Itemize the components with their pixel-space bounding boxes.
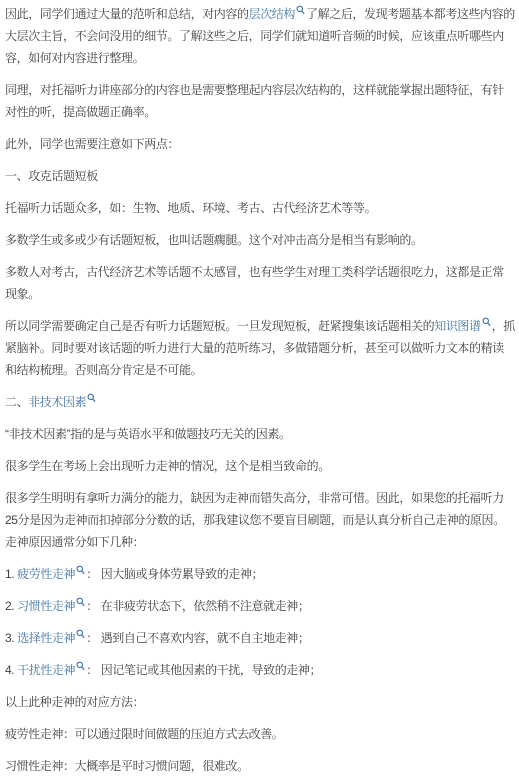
search-icon[interactable] — [482, 317, 491, 327]
search-icon[interactable] — [76, 629, 85, 639]
list-item-3: 3. 选择性走神： 遇到自己不喜欢内容，就不自主地走神； — [5, 627, 515, 649]
text-run: ： 因记笔记或其他因素的干扰，导致的走神； — [86, 663, 321, 677]
inline-link[interactable]: 干扰性走神 — [17, 663, 86, 677]
list-item-4: 4. 干扰性走神： 因记笔记或其他因素的干扰，导致的走神； — [5, 659, 515, 681]
paragraph: 多数学生或多或少有话题短板，也叫话题瘸腿。这个对冲击高分是相当有影响的。 — [5, 229, 515, 251]
paragraph: 此外，同学也需要注意如下两点： — [5, 133, 515, 155]
section-heading-1: 一、攻克话题短板 — [5, 165, 515, 187]
text-run: 因此，同学们通过大量的范听和总结，对内容的 — [5, 7, 249, 21]
search-icon[interactable] — [87, 393, 96, 403]
paragraph: 疲劳性走神：可以通过限时间做题的压迫方式去改善。 — [5, 723, 515, 745]
search-icon[interactable] — [76, 597, 85, 607]
text-run: 同理，对托福听力讲座部分的内容也是需要整理起内容层次结构的，这样就能掌握出题特征… — [5, 83, 504, 119]
paragraph: 同理，对托福听力讲座部分的内容也是需要整理起内容层次结构的，这样就能掌握出题特征… — [5, 79, 515, 123]
search-icon[interactable] — [76, 661, 85, 671]
paragraph: 很多学生在考场上会出现听力走神的情况，这个是相当致命的。 — [5, 455, 515, 477]
text-run: 3. — [5, 631, 17, 645]
text-run: ： 在非疲劳状态下，依然稍不注意就走神； — [86, 599, 309, 613]
text-run: 多数人对考古，古代经济艺术等话题不太感冒，也有些学生对理工类科学话题很吃力，这都… — [5, 265, 504, 301]
inline-link[interactable]: 习惯性走神 — [17, 599, 86, 613]
article-body: 因此，同学们通过大量的范听和总结，对内容的层次结构了解之后，发现考题基本都考这些… — [5, 3, 515, 777]
paragraph: “非技术因素”指的是与英语水平和做题技巧无关的因素。 — [5, 423, 515, 445]
text-run: 托福听力话题众多，如：生物、地质、环境、考古、古代经济艺术等等。 — [5, 201, 376, 215]
text-run: 1. — [5, 567, 17, 581]
text-run: 二、 — [5, 395, 28, 409]
inline-link[interactable]: 选择性走神 — [17, 631, 86, 645]
text-run: 此外，同学也需要注意如下两点： — [5, 137, 179, 151]
inline-link[interactable]: 疲劳性走神 — [17, 567, 86, 581]
text-run: 2. — [5, 599, 17, 613]
search-icon[interactable] — [76, 565, 85, 575]
text-run: 所以同学需要确定自己是否有听力话题短板。一旦发现短板，赶紧搜集该话题相关的 — [5, 319, 434, 333]
paragraph: 所以同学需要确定自己是否有听力话题短板。一旦发现短板，赶紧搜集该话题相关的知识图… — [5, 315, 515, 381]
list-item-1: 1. 疲劳性走神： 因大脑或身体劳累导致的走神； — [5, 563, 515, 585]
paragraph: 因此，同学们通过大量的范听和总结，对内容的层次结构了解之后，发现考题基本都考这些… — [5, 3, 515, 69]
text-run: 习惯性走神：大概率是平时习惯问题，很难改。 — [5, 759, 249, 773]
paragraph: 托福听力话题众多，如：生物、地质、环境、考古、古代经济艺术等等。 — [5, 197, 515, 219]
text-run: 多数学生或多或少有话题短板，也叫话题瘸腿。这个对冲击高分是相当有影响的。 — [5, 233, 423, 247]
text-run: 4. — [5, 663, 17, 677]
text-run: 以上此种走神的对应方法： — [5, 695, 144, 709]
text-run: “非技术因素”指的是与英语水平和做题技巧无关的因素。 — [5, 427, 291, 441]
inline-link[interactable]: 层次结构 — [249, 7, 306, 21]
paragraph: 多数人对考古，古代经济艺术等话题不太感冒，也有些学生对理工类科学话题很吃力，这都… — [5, 261, 515, 305]
inline-link[interactable]: 非技术因素 — [28, 395, 97, 409]
list-item-2: 2. 习惯性走神： 在非疲劳状态下，依然稍不注意就走神； — [5, 595, 515, 617]
paragraph: 很多学生明明有拿听力满分的能力，缺因为走神而错失高分，非常可惜。因此，如果您的托… — [5, 487, 515, 553]
text-run: 很多学生在考场上会出现听力走神的情况，这个是相当致命的。 — [5, 459, 330, 473]
text-run: 一、攻克话题短板 — [5, 169, 98, 183]
paragraph: 习惯性走神：大概率是平时习惯问题，很难改。 — [5, 755, 515, 777]
section-heading-2: 二、非技术因素 — [5, 391, 515, 413]
text-run: ： 遇到自己不喜欢内容，就不自主地走神； — [86, 631, 309, 645]
text-run: 疲劳性走神：可以通过限时间做题的压迫方式去改善。 — [5, 727, 283, 741]
search-icon[interactable] — [296, 5, 305, 15]
paragraph: 以上此种走神的对应方法： — [5, 691, 515, 713]
text-run: ： 因大脑或身体劳累导致的走神； — [86, 567, 263, 581]
inline-link[interactable]: 知识图谱 — [434, 319, 491, 333]
text-run: 很多学生明明有拿听力满分的能力，缺因为走神而错失高分，非常可惜。因此，如果您的托… — [5, 491, 505, 549]
